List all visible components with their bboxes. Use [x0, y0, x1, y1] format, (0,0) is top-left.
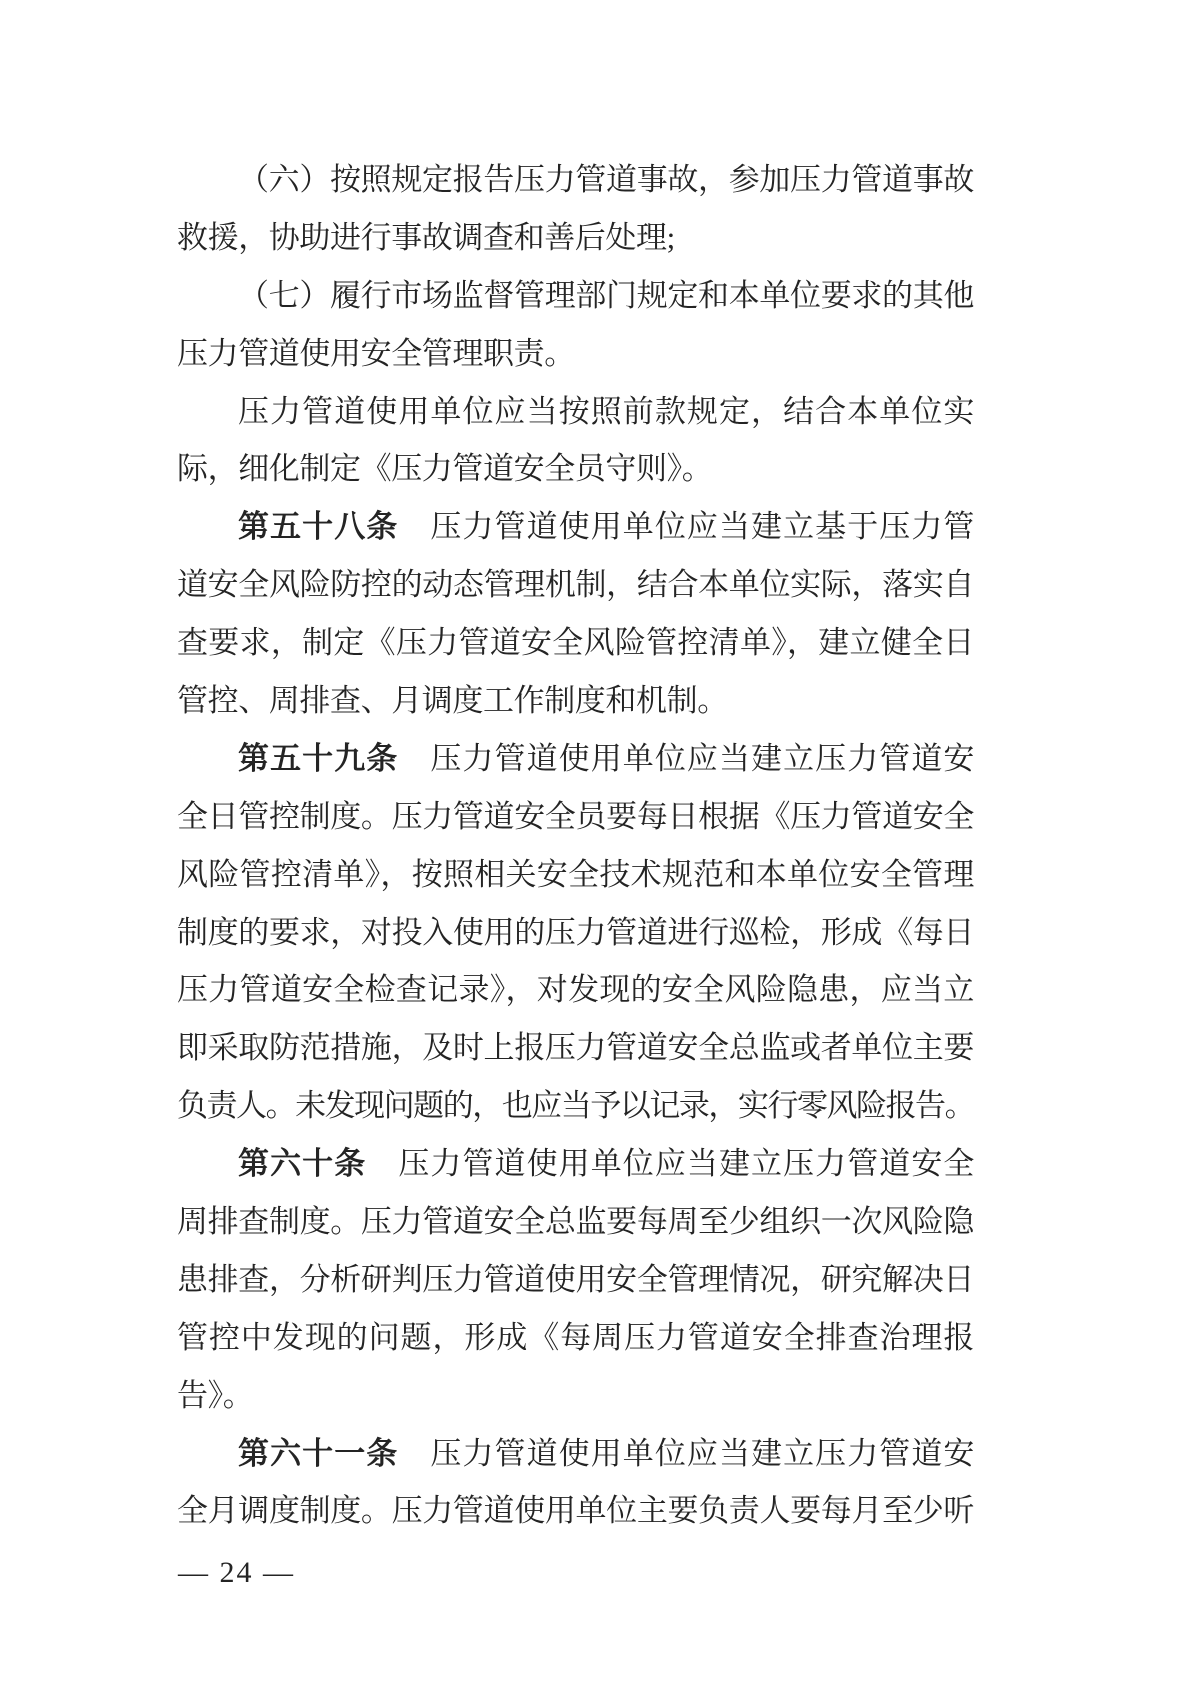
text-line: 查要求，制定《压力管道安全风险管控清单》，建立健全日: [177, 614, 974, 672]
text-line: 压力管道安全检查记录》，对发现的安全风险隐患，应当立: [177, 961, 974, 1019]
article-number: 第六十条: [238, 1146, 366, 1181]
document-body: （六）按照规定报告压力管道事故，参加压力管道事故 救援，协助进行事故调查和善后处…: [177, 151, 974, 1540]
text-line: （六）按照规定报告压力管道事故，参加压力管道事故: [177, 151, 974, 209]
text-line: 际，细化制定《压力管道安全员守则》。: [177, 440, 974, 498]
article-text: 压力管道使用单位应当建立压力管道安全: [366, 1146, 974, 1181]
article-text: 压力管道使用单位应当建立基于压力管: [398, 509, 974, 544]
text-line: 即采取防范措施，及时上报压力管道安全总监或者单位主要: [177, 1019, 974, 1077]
text-line: （七）履行市场监督管理部门规定和本单位要求的其他: [177, 267, 974, 325]
text-line: 风险管控清单》，按照相关安全技术规范和本单位安全管理: [177, 846, 974, 904]
text-line: 救援，协助进行事故调查和善后处理;: [177, 209, 974, 267]
article-number: 第五十九条: [238, 741, 398, 776]
page-number: — 24 —: [178, 1553, 295, 1593]
article-text: 压力管道使用单位应当建立压力管道安: [398, 1436, 974, 1471]
document-page: （六）按照规定报告压力管道事故，参加压力管道事故 救援，协助进行事故调查和善后处…: [0, 0, 1190, 1683]
text-line: 管控、周排查、月调度工作制度和机制。: [177, 672, 974, 730]
text-line: 第五十九条 压力管道使用单位应当建立压力管道安: [177, 730, 974, 788]
text-line: 管控中发现的问题，形成《每周压力管道安全排查治理报: [177, 1309, 974, 1367]
text-line: 第六十条 压力管道使用单位应当建立压力管道安全: [177, 1135, 974, 1193]
text-line: 压力管道使用安全管理职责。: [177, 325, 974, 383]
article-text: 压力管道使用单位应当建立压力管道安: [398, 741, 974, 776]
text-line: 患排查，分析研判压力管道使用安全管理情况，研究解决日: [177, 1251, 974, 1309]
article-number: 第五十八条: [238, 509, 398, 544]
text-line: 第五十八条 压力管道使用单位应当建立基于压力管: [177, 498, 974, 556]
text-line: 负责人。未发现问题的，也应当予以记录，实行零风险报告。: [177, 1077, 974, 1135]
text-line: 制度的要求，对投入使用的压力管道进行巡检，形成《每日: [177, 904, 974, 962]
text-line: 全月调度制度。压力管道使用单位主要负责人要每月至少听: [177, 1482, 974, 1540]
text-line: 全日管控制度。压力管道安全员要每日根据《压力管道安全: [177, 788, 974, 846]
text-line: 第六十一条 压力管道使用单位应当建立压力管道安: [177, 1425, 974, 1483]
article-number: 第六十一条: [238, 1436, 398, 1471]
text-line: 告》。: [177, 1367, 974, 1425]
text-line: 压力管道使用单位应当按照前款规定，结合本单位实: [177, 383, 974, 441]
text-line: 周排查制度。压力管道安全总监要每周至少组织一次风险隐: [177, 1193, 974, 1251]
text-line: 道安全风险防控的动态管理机制，结合本单位实际，落实自: [177, 556, 974, 614]
